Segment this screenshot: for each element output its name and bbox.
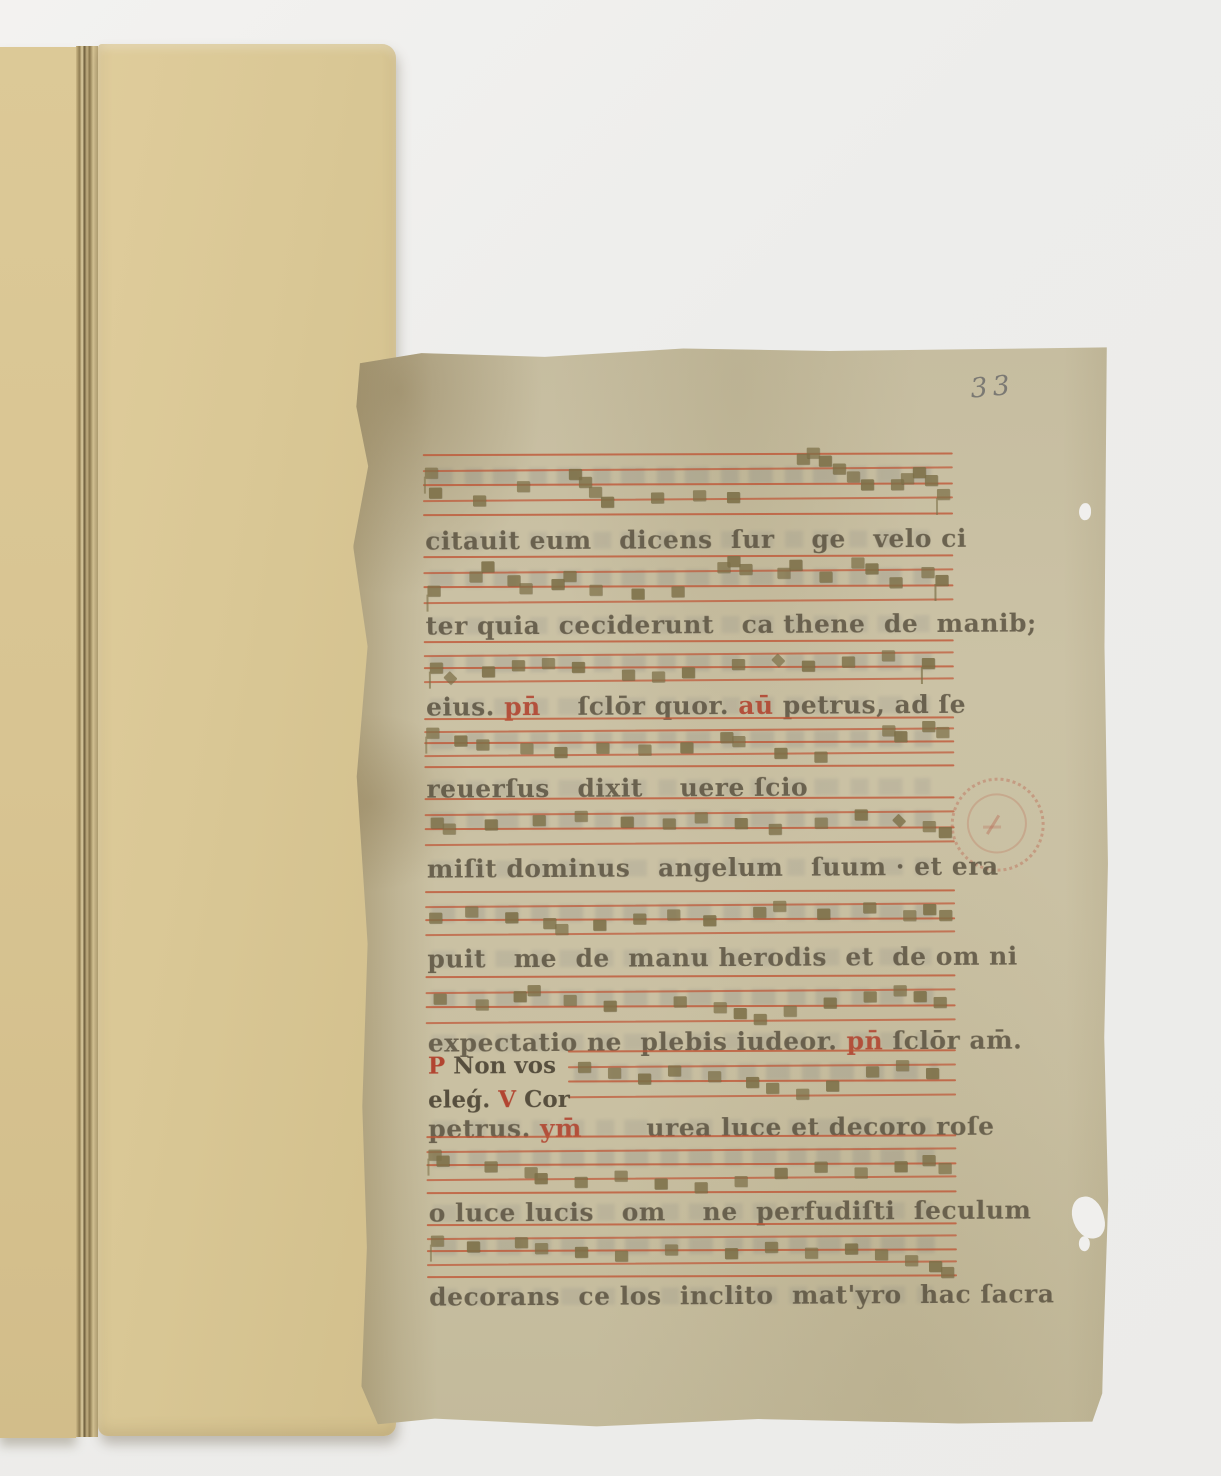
neume — [519, 583, 532, 594]
neume — [430, 663, 443, 674]
neume — [921, 567, 934, 578]
rubric-text: aū — [738, 691, 774, 720]
neume — [875, 1249, 888, 1260]
neume — [674, 996, 687, 1007]
staff-line — [568, 1049, 956, 1052]
neume — [601, 497, 614, 508]
neume — [784, 1006, 797, 1017]
neume — [622, 670, 635, 681]
neume — [542, 658, 555, 669]
neume — [575, 1177, 588, 1188]
neume — [923, 821, 936, 832]
neume — [695, 812, 708, 823]
staff-line — [425, 889, 955, 893]
parchment-hole — [1079, 1236, 1090, 1251]
neume — [814, 1162, 827, 1173]
neume — [939, 827, 952, 838]
neume — [739, 564, 752, 575]
neume — [667, 909, 680, 920]
staff-line — [427, 1222, 957, 1226]
neume — [842, 656, 855, 667]
staff-line — [425, 974, 955, 978]
neume — [604, 1001, 617, 1012]
staff-line — [568, 1079, 956, 1082]
staff-line — [424, 677, 954, 683]
left-book-page — [0, 47, 76, 1438]
parchment-hole — [1079, 503, 1091, 520]
neume — [465, 906, 478, 917]
neume — [578, 1062, 591, 1073]
neume — [896, 1060, 909, 1071]
neume — [443, 823, 456, 834]
neume — [682, 667, 695, 678]
neume — [796, 1089, 809, 1100]
neume — [535, 1243, 548, 1254]
staff-line — [423, 512, 953, 516]
neume — [554, 747, 567, 758]
neume — [481, 561, 494, 572]
staff-line — [425, 826, 955, 830]
neume — [861, 479, 874, 490]
neume — [754, 1014, 767, 1025]
staff-line — [424, 716, 954, 720]
library-stamp-mark — [983, 826, 1001, 829]
neume — [815, 818, 828, 829]
staff-line — [424, 727, 954, 733]
staff-line — [568, 1094, 956, 1099]
neume — [608, 1068, 621, 1079]
neume — [436, 1156, 449, 1167]
neume — [655, 1178, 668, 1189]
chant-systems: citauit eum dicens ſur ge velo citer qui… — [352, 343, 1122, 347]
neume — [615, 1251, 628, 1262]
neume — [638, 1073, 651, 1084]
staff-line — [427, 1234, 957, 1240]
neume — [922, 721, 935, 732]
staff-line — [423, 496, 953, 502]
neume — [854, 1167, 867, 1178]
neume — [732, 736, 745, 747]
neume — [814, 752, 827, 763]
chant-text: ter quia ceciderunt ca thene de manib; — [426, 608, 1037, 640]
neume — [941, 1267, 954, 1278]
neume — [851, 557, 864, 568]
neume — [819, 456, 832, 467]
neume — [923, 904, 936, 915]
chant-text-line: citauit eum dicens ſur ge velo ci — [425, 524, 967, 556]
neume — [914, 991, 927, 1002]
staff-line — [426, 1147, 956, 1153]
neume — [652, 671, 665, 682]
staff-line — [423, 554, 953, 558]
neume — [572, 662, 585, 673]
neume — [517, 481, 530, 492]
neume — [753, 907, 766, 918]
neume — [469, 571, 482, 582]
neume — [695, 1182, 708, 1193]
neume — [633, 913, 646, 924]
neume — [520, 743, 533, 754]
neume — [473, 495, 486, 506]
neume — [534, 1173, 547, 1184]
neume — [515, 1237, 528, 1248]
manuscript-leaf: 33 citauit eum dicens ſur ge velo citer … — [352, 343, 1128, 1432]
folio-number: 33 — [969, 370, 1016, 405]
neume — [939, 910, 952, 921]
staff-line — [426, 1018, 956, 1024]
neume — [485, 819, 498, 830]
neume — [476, 999, 489, 1010]
manuscript-photo: 33 citauit eum dicens ſur ge velo citer … — [0, 0, 1221, 1476]
chant-text-line: miſit dominus angelum ſuum · et era — [427, 852, 999, 884]
neume — [454, 735, 467, 746]
neume — [631, 588, 644, 599]
neume — [889, 577, 902, 588]
chant-text: eleǵ. — [428, 1086, 498, 1113]
staff-line — [423, 466, 953, 472]
neume — [847, 471, 860, 482]
neume — [805, 1248, 818, 1259]
staff-line — [424, 639, 954, 643]
neume — [865, 563, 878, 574]
neume — [593, 920, 606, 931]
chant-text: decorans ce los inclito mat'yro hac ſacr… — [429, 1279, 1054, 1311]
neume — [863, 902, 876, 913]
neume — [925, 475, 938, 486]
neume — [769, 824, 782, 835]
chant-text: Cor — [516, 1086, 570, 1113]
margin-rubric-line: eleǵ. V Cor — [428, 1086, 570, 1114]
neume — [773, 901, 786, 912]
neume — [936, 727, 949, 738]
neume — [680, 742, 693, 753]
staff-line — [427, 1175, 957, 1181]
neume — [735, 818, 748, 829]
neume — [564, 995, 577, 1006]
staff-line — [423, 584, 953, 588]
chant-text: citauit eum dicens ſur ge velo ci — [425, 524, 967, 556]
staff-line — [427, 1260, 957, 1266]
neume — [817, 909, 830, 920]
margin-rubric-line: P Non vos — [428, 1052, 556, 1080]
neume — [845, 1243, 858, 1254]
neume — [663, 818, 676, 829]
neume — [734, 1008, 747, 1019]
neume — [935, 575, 948, 586]
neume — [802, 661, 815, 672]
chant-text-line: puit me de manu herodis et de om ni — [427, 942, 1018, 974]
staff-line — [425, 796, 955, 800]
neume — [727, 492, 740, 503]
staff-line — [426, 1004, 956, 1008]
neume — [638, 744, 651, 755]
neume — [882, 650, 895, 661]
neume — [774, 748, 787, 759]
neume — [765, 1242, 778, 1253]
neume — [708, 1071, 721, 1082]
neume — [732, 659, 745, 670]
neume — [425, 468, 438, 479]
neume — [596, 743, 609, 754]
library-stamp-inner-ring — [961, 788, 1032, 859]
neume — [926, 1068, 939, 1079]
neume — [528, 985, 541, 996]
neume — [693, 490, 706, 501]
neume — [826, 1080, 839, 1091]
neume — [855, 809, 868, 820]
neume — [864, 991, 877, 1002]
neume — [894, 1161, 907, 1172]
neume — [866, 1066, 879, 1077]
neume — [427, 586, 440, 597]
neume — [614, 1171, 627, 1182]
chant-text: puit me de manu herodis et de om ni — [427, 942, 1018, 974]
neume — [429, 488, 442, 499]
neume — [512, 660, 525, 671]
staff-line — [423, 452, 953, 456]
staff-line — [427, 1274, 957, 1278]
neume — [819, 572, 832, 583]
album-cream-page — [98, 44, 396, 1436]
staff-line — [425, 930, 955, 936]
neume — [505, 912, 518, 923]
staff-line — [424, 651, 954, 657]
staff-line — [425, 840, 955, 846]
book-gutter-page-edges — [76, 46, 98, 1437]
neume — [476, 739, 489, 750]
staff-line — [426, 1134, 956, 1138]
neume — [533, 815, 546, 826]
neume — [774, 1168, 787, 1179]
neume — [575, 811, 588, 822]
neume — [434, 994, 447, 1005]
staff-line — [427, 1190, 957, 1194]
neume — [714, 1002, 727, 1013]
neume — [563, 571, 576, 582]
neume — [894, 985, 907, 996]
neume — [514, 991, 527, 1002]
neume — [651, 492, 664, 503]
chant-text: miſit dominus angelum ſuum · et era — [427, 852, 999, 884]
rubric-text: V — [498, 1086, 516, 1113]
neume — [429, 913, 442, 924]
neume — [703, 915, 716, 926]
neume — [575, 1247, 588, 1258]
chant-text-line: decorans ce los inclito mat'yro hac ſacr… — [429, 1279, 1054, 1311]
neume — [671, 586, 684, 597]
neume — [938, 1163, 951, 1174]
neume — [484, 1161, 497, 1172]
neume — [735, 1176, 748, 1187]
rubric-text: P — [428, 1053, 445, 1080]
neume — [824, 997, 837, 1008]
neume — [589, 585, 602, 596]
neume — [482, 666, 495, 677]
neume — [922, 1155, 935, 1166]
neume — [431, 1236, 444, 1247]
neume — [937, 489, 950, 500]
neume — [725, 1248, 738, 1259]
neume — [922, 658, 935, 669]
neume — [668, 1065, 681, 1076]
neume — [903, 910, 916, 921]
neume — [555, 924, 568, 935]
neume — [892, 814, 906, 828]
neume — [589, 487, 602, 498]
neume — [426, 728, 439, 739]
neume — [905, 1255, 918, 1266]
neume — [894, 731, 907, 742]
neume — [665, 1244, 678, 1255]
staff-line — [424, 598, 954, 604]
staff-line — [425, 810, 955, 816]
staff-line — [426, 1162, 956, 1166]
neume — [766, 1083, 779, 1094]
chant-text: Non vos — [445, 1052, 556, 1080]
neume — [934, 997, 947, 1008]
neume — [833, 463, 846, 474]
neume — [789, 560, 802, 571]
neume — [621, 817, 634, 828]
staff-line — [424, 764, 954, 768]
neume — [746, 1077, 759, 1088]
parchment-hole — [1069, 1193, 1108, 1242]
neume — [467, 1241, 480, 1252]
chant-text-line: ter quia ceciderunt ca thene de manib; — [426, 608, 1037, 640]
